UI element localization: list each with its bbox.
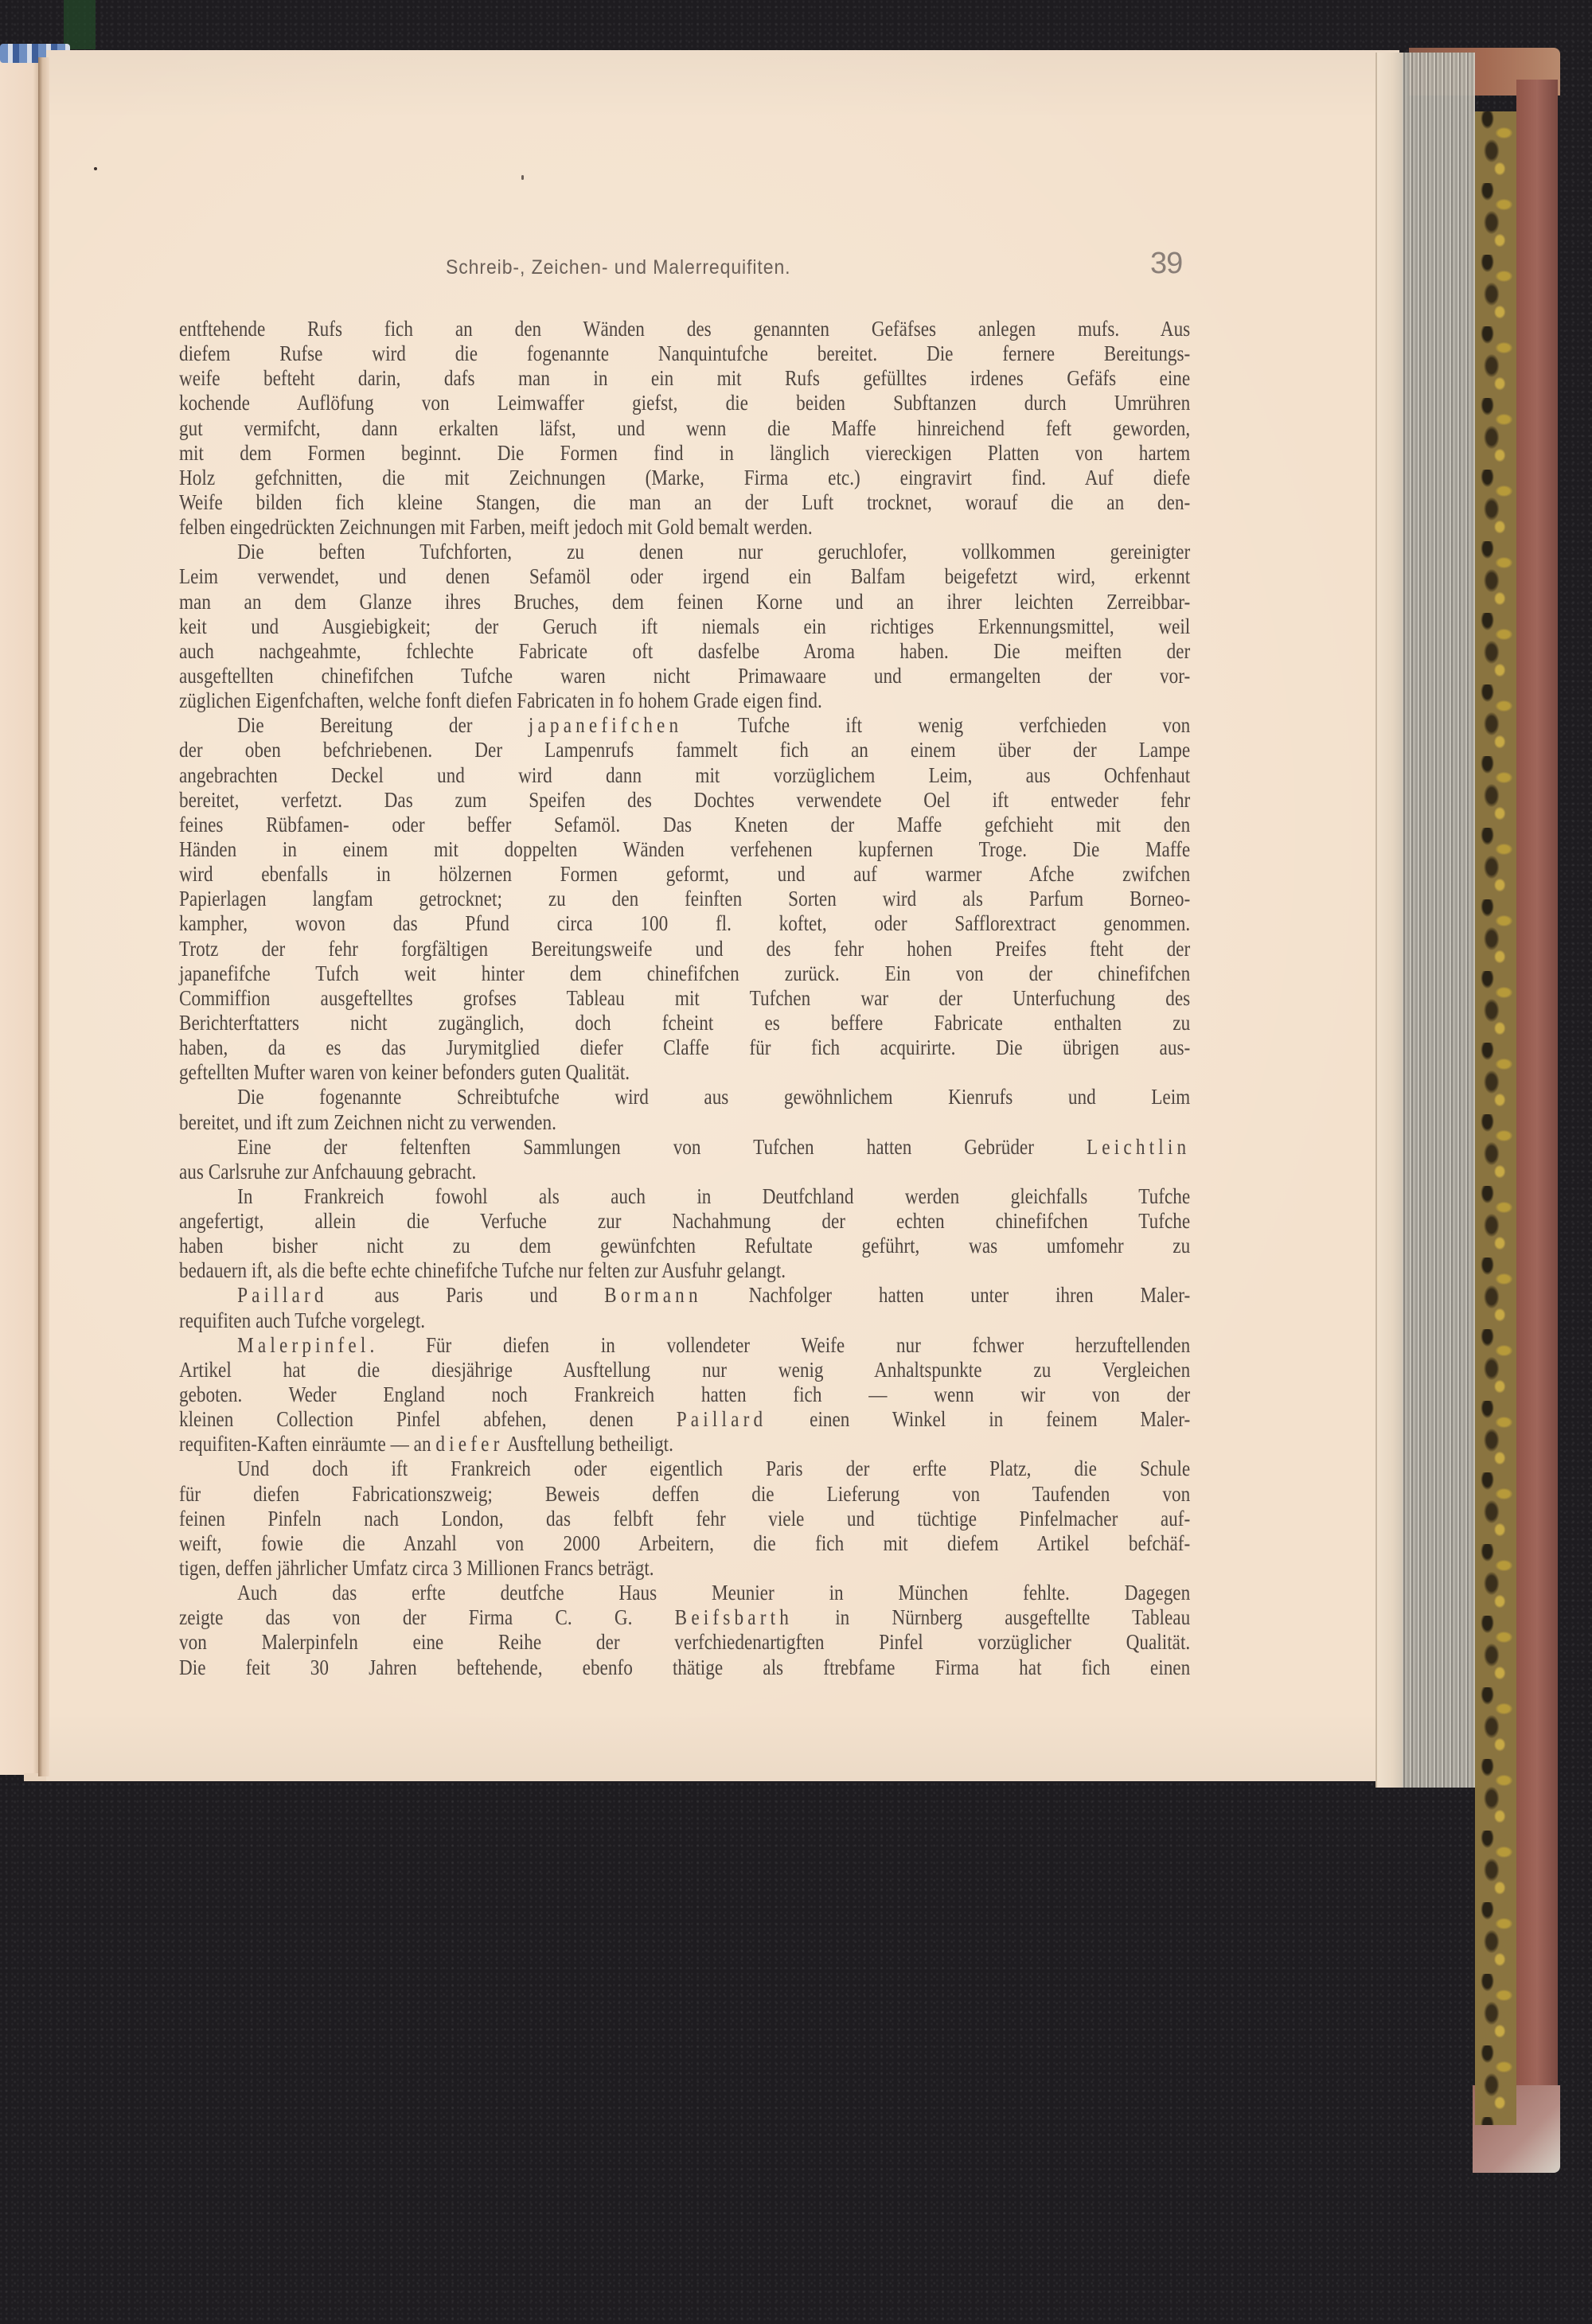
- text-line: Commiffion ausgeftelltes grofses Tableau…: [179, 986, 1190, 1011]
- text-line: haben bisher nicht zu dem gewünfchten Re…: [179, 1234, 1190, 1258]
- text-line: keit und Ausgiebigkeit; der Geruch ift n…: [179, 614, 1190, 639]
- text-line: Paillard aus Paris und Bormann Nachfolge…: [179, 1283, 1190, 1308]
- book-cover-spine-edge: [1516, 80, 1558, 2165]
- text-line: felben eingedrückten Zeichnungen mit Far…: [179, 515, 1190, 540]
- text-line: Leim verwendet, und denen Sefamöl oder i…: [179, 564, 1190, 589]
- text-line: tigen, deffen jährlicher Umfatz circa 3 …: [179, 1556, 1190, 1581]
- text-line: wird ebenfalls in hölzernen Formen gefor…: [179, 862, 1190, 887]
- text-line: man an dem Glanze ihres Bruches, dem fei…: [179, 590, 1190, 614]
- text-line: weift, fowie die Anzahl von 2000 Arbeite…: [179, 1531, 1190, 1556]
- text-line: Papierlagen langfam getrocknet; zu den f…: [179, 887, 1190, 911]
- text-line: geftellten Mufter waren von keiner befon…: [179, 1060, 1190, 1085]
- text-line: von Malerpinfeln eine Reihe der verfchie…: [179, 1630, 1190, 1655]
- pencil-mark: [521, 175, 524, 180]
- text-line: In Frankreich fowohl als auch in Deutfch…: [179, 1184, 1190, 1209]
- page-number: 39: [1150, 247, 1182, 281]
- text-line: Die feit 30 Jahren beftehende, ebenfo th…: [179, 1655, 1190, 1680]
- text-line: entftehende Rufs fich an den Wänden des …: [179, 317, 1190, 341]
- text-line: requifiten auch Tufche vorgelegt.: [179, 1308, 1190, 1333]
- text-line: Artikel hat die diesjährige Ausftellung …: [179, 1358, 1190, 1382]
- text-line: Eine der feltenften Sammlungen von Tufch…: [179, 1135, 1190, 1160]
- text-line: Und doch ift Frankreich oder eigentlich …: [179, 1456, 1190, 1481]
- text-line: Die Bereitung der japanefifchen Tufche i…: [179, 713, 1190, 738]
- background-object: [64, 0, 96, 49]
- text-line: aus Carlsruhe zur Anfchauung gebracht.: [179, 1160, 1190, 1184]
- book-gutter: [38, 57, 49, 1776]
- text-line: Die fogenannte Schreibtufche wird aus ge…: [179, 1085, 1190, 1109]
- text-line: Händen in einem mit doppelten Wänden ver…: [179, 837, 1190, 862]
- paper-speck: [94, 167, 97, 170]
- text-line: angefertigt, allein die Verfuche zur Nac…: [179, 1209, 1190, 1234]
- text-line: mit dem Formen beginnt. Die Formen find …: [179, 441, 1190, 466]
- marbled-endpaper: [1475, 111, 1516, 2125]
- letterspaced-name: Beifsbarth: [675, 1605, 793, 1629]
- text-line: Malerpinfel. Für diefen in vollendeter W…: [179, 1333, 1190, 1358]
- text-line: Weife bilden fich kleine Stangen, die ma…: [179, 490, 1190, 515]
- text-line: gut vermifcht, dann erkalten läfst, und …: [179, 416, 1190, 441]
- body-text: entftehende Rufs fich an den Wänden des …: [179, 317, 1190, 1680]
- text-line: Berichterftatters nicht zugänglich, doch…: [179, 1011, 1190, 1035]
- text-line: ausgeftellten chinefifchen Tufche waren …: [179, 664, 1190, 688]
- letterspaced-name: Malerpinfel: [237, 1333, 369, 1357]
- text-line: geboten. Weder England noch Frankreich h…: [179, 1382, 1190, 1407]
- text-line: Auch das erfte deutfche Haus Meunier in …: [179, 1581, 1190, 1605]
- text-line: züglichen Eigenfchaften, welche fonft di…: [179, 688, 1190, 713]
- text-line: Die beften Tufchforten, zu denen nur ger…: [179, 540, 1190, 564]
- text-line: kochende Auflöfung von Leimwaffer giefst…: [179, 391, 1190, 415]
- text-line: für diefen Fabricationszweig; Beweis def…: [179, 1482, 1190, 1507]
- previous-page-edge: [0, 57, 41, 1775]
- page-stack-inner: [1375, 53, 1403, 1788]
- letterspaced-name: Bormann: [604, 1283, 702, 1307]
- text-line: bereitet, und ift zum Zeichnen nicht zu …: [179, 1110, 1190, 1135]
- letterspaced-name: Paillard: [677, 1407, 767, 1431]
- text-line: diefem Rufse wird die fogenannte Nanquin…: [179, 341, 1190, 366]
- page-stack-fore-edge: [1399, 53, 1475, 1788]
- text-line: weife befteht darin, dafs man in ein mit…: [179, 366, 1190, 391]
- letterspaced-name: diefer: [435, 1432, 503, 1456]
- text-line: feinen Pinfeln nach London, das felbft f…: [179, 1507, 1190, 1531]
- text-line: bereitet, verfetzt. Das zum Speifen des …: [179, 788, 1190, 813]
- running-head: Schreib-, Zeichen- und Malerrequifiten.: [446, 256, 790, 279]
- text-line: auch nachgeahmte, fchlechte Fabricate of…: [179, 639, 1190, 664]
- text-line: requifiten-Kaften einräumte — an diefer …: [179, 1432, 1190, 1456]
- text-line: angebrachten Deckel und wird dann mit vo…: [179, 763, 1190, 788]
- text-line: japanefifche Tufch weit hinter dem chine…: [179, 961, 1190, 986]
- text-line: Trotz der fehr forgfältigen Bereitungswe…: [179, 937, 1190, 961]
- letterspaced-name: japanefifchen: [529, 713, 682, 737]
- text-line: zeigte das von der Firma C. G. Beifsbart…: [179, 1605, 1190, 1630]
- text-line: kampher, wovon das Pfund circa 100 fl. k…: [179, 911, 1190, 936]
- letterspaced-name: Paillard: [237, 1283, 328, 1307]
- text-line: der oben befchriebenen. Der Lampenrufs f…: [179, 738, 1190, 762]
- text-line: Holz gefchnitten, die mit Zeichnungen (M…: [179, 466, 1190, 490]
- text-line: feines Rübfamen- oder beffer Sefamöl. Da…: [179, 813, 1190, 837]
- letterspaced-name: Leichtlin: [1087, 1135, 1190, 1159]
- text-line: haben, da es das Jurymitglied diefer Cla…: [179, 1035, 1190, 1060]
- text-line: bedauern ift, als die befte echte chinef…: [179, 1258, 1190, 1283]
- text-line: kleinen Collection Pinfel abfehen, denen…: [179, 1407, 1190, 1432]
